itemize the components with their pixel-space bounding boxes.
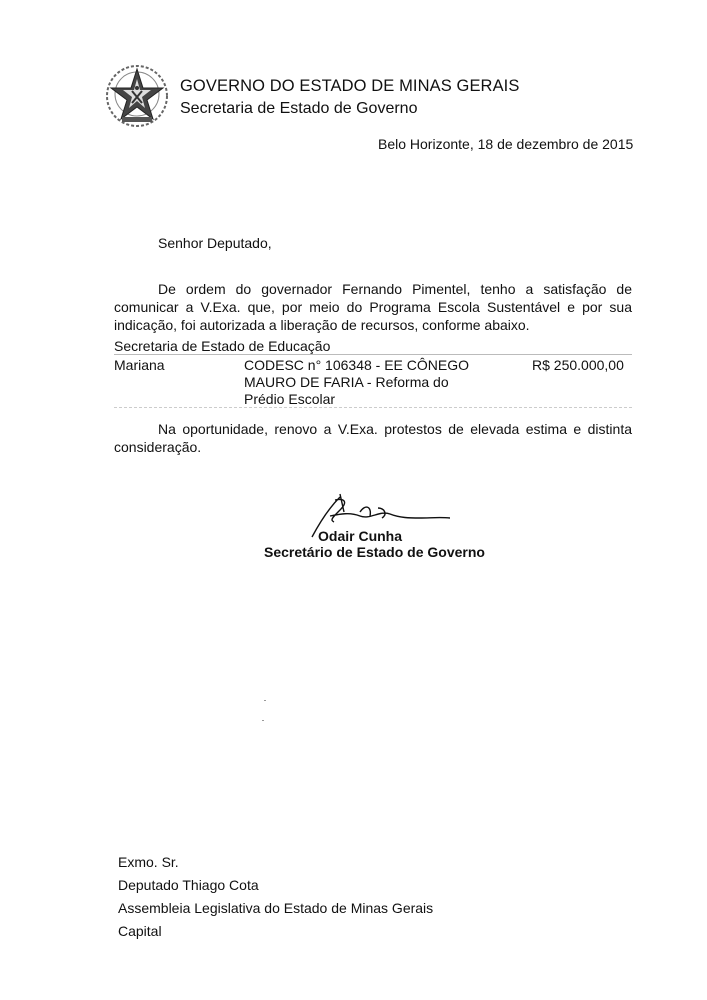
allocation-description: CODESC n° 106348 - EE CÔNEGO MAURO DE FA… xyxy=(244,357,490,408)
paragraph-intro-text: De ordem do governador Fernando Pimentel… xyxy=(114,281,632,333)
description-line: Prédio Escolar xyxy=(244,391,490,408)
coat-of-arms-icon xyxy=(104,63,170,129)
paragraph-closing: Na oportunidade, renovo a V.Exa. protest… xyxy=(114,420,632,456)
date-line: Belo Horizonte, 18 de dezembro de 2015 xyxy=(378,136,633,152)
table-divider xyxy=(114,354,632,355)
allocation-amount: R$ 250.000,00 xyxy=(532,357,624,373)
recipient-honorific: Exmo. Sr. xyxy=(118,854,179,870)
signatory-name: Odair Cunha xyxy=(318,528,402,544)
recipient-name: Deputado Thiago Cota xyxy=(118,877,259,893)
organization-name: GOVERNO DO ESTADO DE MINAS GERAIS xyxy=(180,77,519,96)
secretariat-label: Secretaria de Estado de Educação xyxy=(114,338,330,354)
recipient-institution: Assembleia Legislativa do Estado de Mina… xyxy=(118,900,433,916)
paragraph-intro: De ordem do governador Fernando Pimentel… xyxy=(114,280,632,334)
scan-speck xyxy=(262,720,264,721)
salutation: Senhor Deputado, xyxy=(158,235,272,251)
paragraph-closing-text: Na oportunidade, renovo a V.Exa. protest… xyxy=(114,421,632,455)
scan-speck xyxy=(264,700,266,701)
description-line: CODESC n° 106348 - EE CÔNEGO xyxy=(244,357,490,374)
department-name: Secretaria de Estado de Governo xyxy=(180,100,417,118)
table-divider xyxy=(114,407,632,408)
allocation-city: Mariana xyxy=(114,357,165,373)
recipient-location: Capital xyxy=(118,923,162,939)
description-line: MAURO DE FARIA - Reforma do xyxy=(244,374,490,391)
signatory-title: Secretário de Estado de Governo xyxy=(264,544,485,560)
